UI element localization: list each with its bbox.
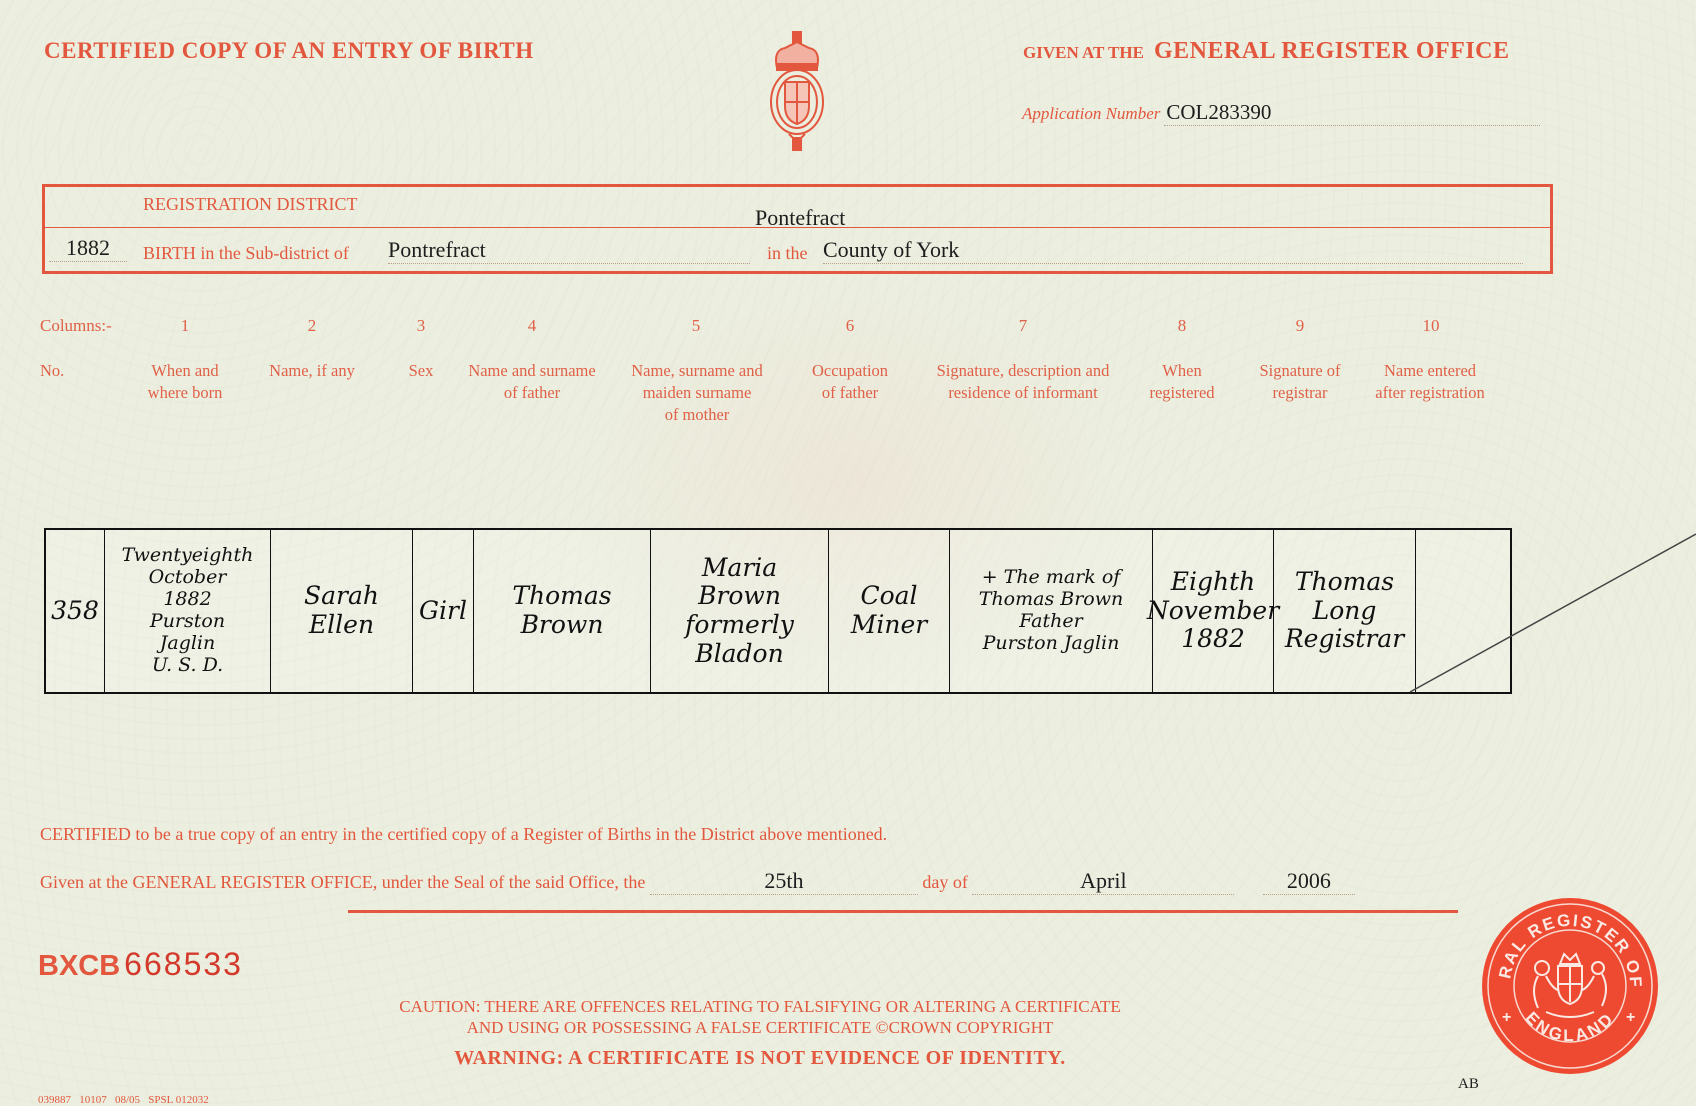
entry-registrar-signature: ThomasLongRegistrar [1274, 530, 1416, 692]
column-number-6: 6 [800, 316, 900, 336]
column-header-9: Signature ofregistrar [1245, 360, 1355, 404]
column-header-10: Name enteredafter registration [1360, 360, 1500, 404]
entry-when-where-born: TwentyeighthOctober1882PurstonJaglinU. S… [105, 530, 271, 692]
subdistrict-label: BIRTH in the Sub-district of [143, 243, 349, 264]
entry-occupation: CoalMiner [829, 530, 950, 692]
print-codes: 039887 10107 08/05 SPSL 012032 [38, 1094, 209, 1106]
county-field: County of York [823, 237, 1523, 264]
office-heading: GIVEN AT THE GENERAL REGISTER OFFICE [1023, 38, 1510, 65]
svg-text:+: + [1502, 1009, 1511, 1026]
certification-month: April [1080, 868, 1126, 893]
certification-day: 25th [764, 868, 803, 893]
column-header-7: Signature, description andresidence of i… [918, 360, 1128, 404]
registration-district-box: REGISTRATION DISTRICT Pontefract 1882 BI… [42, 184, 1553, 274]
register-entry-row: 358 TwentyeighthOctober1882PurstonJaglin… [44, 528, 1512, 694]
certificate-serial-number: BXCB 668533 [38, 946, 243, 983]
cancellation-strike-line [1400, 520, 1696, 700]
column-header-3: Sex [391, 360, 451, 382]
entry-name: SarahEllen [271, 530, 413, 692]
given-under-seal-line: Given at the GENERAL REGISTER OFFICE, un… [40, 868, 1355, 895]
gro-seal-icon: GENERAL REGISTER OFFICE ENGLAND + + [1480, 896, 1660, 1076]
entry-mother: MariaBrownformerlyBladon [651, 530, 829, 692]
caution-notice: CAUTION: THERE ARE OFFENCES RELATING TO … [300, 996, 1220, 1038]
column-header-4: Name and surnameof father [452, 360, 612, 404]
entry-when-registered: EighthNovember1882 [1153, 530, 1274, 692]
column-number-3: 3 [371, 316, 471, 336]
subdistrict-value: Pontrefract [388, 237, 486, 262]
column-number-1: 1 [135, 316, 235, 336]
clerk-initials: AB [1458, 1076, 1479, 1093]
office-name: GENERAL REGISTER OFFICE [1154, 38, 1510, 64]
column-number-5: 5 [646, 316, 746, 336]
svg-text:+: + [1626, 1009, 1635, 1026]
serial-number: 668533 [124, 946, 243, 982]
royal-coat-of-arms-icon [767, 30, 827, 154]
entry-informant: + The mark ofThomas BrownFatherPurston J… [950, 530, 1153, 692]
county-value: County of York [823, 237, 959, 262]
identity-warning: WARNING: A CERTIFICATE IS NOT EVIDENCE O… [300, 1047, 1220, 1070]
column-header-6: Occupationof father [795, 360, 905, 404]
column-header-8: Whenregistered [1132, 360, 1232, 404]
subdistrict-field: Pontrefract [388, 237, 750, 264]
registration-year-field: 1882 [49, 235, 127, 262]
registration-district-label: REGISTRATION DISTRICT [143, 194, 358, 215]
column-header-1: When andwhere born [120, 360, 250, 404]
serial-prefix: BXCB [38, 950, 120, 982]
given-at-prefix: GIVEN AT THE [1023, 43, 1144, 62]
application-number-value: COL283390 [1166, 100, 1271, 124]
columns-prefix: Columns:- [40, 316, 112, 336]
column-header-2: Name, if any [252, 360, 372, 382]
entry-father: ThomasBrown [474, 530, 651, 692]
column-number-7: 7 [973, 316, 1073, 336]
column-header-no: No. [40, 360, 64, 382]
entry-number: 358 [46, 530, 105, 692]
column-number-9: 9 [1250, 316, 1350, 336]
column-header-5: Name, surname andmaiden surnameof mother [616, 360, 778, 426]
certification-year: 2006 [1287, 868, 1331, 893]
column-number-8: 8 [1132, 316, 1232, 336]
application-number-field: Application Number COL283390 [1022, 100, 1556, 122]
column-number-2: 2 [262, 316, 362, 336]
given-under-seal-label: Given at the GENERAL REGISTER OFFICE, un… [40, 872, 645, 892]
application-number-label: Application Number [1022, 104, 1160, 123]
day-of-label: day of [922, 872, 967, 892]
footer-rule [348, 910, 1458, 913]
registration-year: 1882 [66, 235, 110, 260]
entry-sex: Girl [413, 530, 474, 692]
county-label: in the [767, 243, 808, 264]
registration-district-value: Pontefract [755, 205, 845, 231]
certificate-title: CERTIFIED COPY OF AN ENTRY OF BIRTH [44, 38, 534, 64]
column-number-4: 4 [482, 316, 582, 336]
certification-statement: CERTIFIED to be a true copy of an entry … [40, 824, 887, 845]
column-number-10: 10 [1381, 316, 1481, 336]
